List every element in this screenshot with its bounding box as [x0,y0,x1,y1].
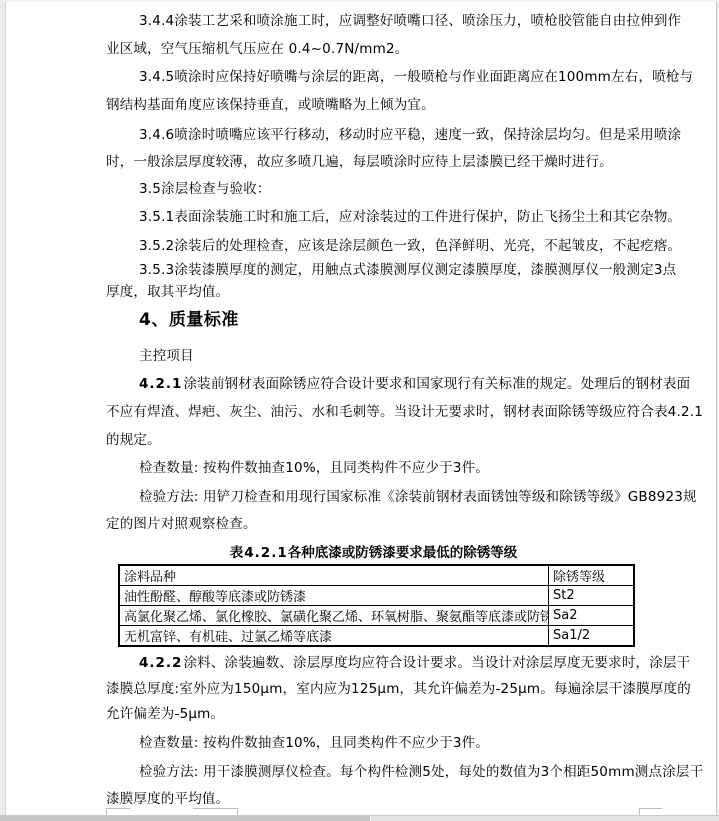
page-left-gutter [0,0,6,815]
table-header-row: 涂料品种 除锈等级 [119,565,634,586]
paragraph-line: 不应有焊渣、焊疤、灰尘、油污、水和毛刺等。当设计无要求时，钢材表面除锈等级应符合… [106,403,703,422]
section-heading: 4、质量标准 [139,305,239,330]
paragraph-line: 允许偏差为-5μm。 [106,705,224,724]
paragraph-line: 3.4.6喷涂时喷嘴应该平行移动，移动时应平稳，速度一致，保持涂层均匀。但是采用… [139,126,681,145]
table-header-cell: 除锈等级 [549,565,635,586]
table-header-cell: 涂料品种 [119,565,549,586]
paragraph-line: 主控项目 [139,347,194,366]
text-boundary-mark [639,808,662,815]
rust-grade-table: 涂料品种 除锈等级 油性酚醛、醇酸等底漆或防锈漆 St2 高氯化聚乙烯、氯化橡胶… [118,564,635,647]
text-boundary-mark [193,808,238,815]
paragraph-line: 3.5.3涂装漆膜厚度的测定，用触点式漆膜测厚仪测定漆膜厚度，漆膜测厚仪一般测定… [139,261,676,280]
table-row: 油性酚醛、醇酸等底漆或防锈漆 St2 [119,586,634,606]
paragraph-line: 漆膜厚度的平均值。 [106,790,229,809]
table-number: 表4.2.1 [230,545,288,561]
clause-number: 4.2.2 [139,655,182,671]
page-top-gutter [0,0,719,2]
paragraph-line: 3.5涂层检查与验收： [139,180,271,199]
paragraph-line: 检查数量: 按构件数抽查10%，且同类构件不应少于3件。 [139,459,489,478]
paragraph-line: 厚度，取其平均值。 [106,283,229,302]
table-cell: Sa1/2 [549,626,635,647]
horizontal-scrollbar-track[interactable] [0,816,719,821]
table-row: 高氯化聚乙烯、氯化橡胶、氯磺化聚乙烯、环氧树脂、聚氨酯等底漆或防锈漆 Sa2 [119,606,634,626]
paragraph-line: 钢结构基面角度应该保持垂直，或喷嘴略为上倾为宜。 [106,96,435,115]
paragraph-line: 3.5.2涂装后的处理检查，应该是涂层颜色一致，色泽鲜明、光亮，不起皱皮，不起疙… [139,237,681,256]
paragraph-line: 3.5.1表面涂装施工时和施工后，应对涂装过的工件进行保护，防止飞扬尘土和其它杂… [139,208,681,227]
paragraph-line: 检查数量: 按构件数抽查10%，且同类构件不应少于3件。 [139,734,489,753]
table-cell: Sa2 [549,606,635,626]
table-cell: 无机富锌、有机硅、过氯乙烯等底漆 [119,626,549,647]
paragraph-line: 检验方法: 用铲刀检查和用现行国家标准《涂装前钢材表面锈蚀等级和除锈等级》GB8… [139,488,697,507]
paragraph-line: 的规定。 [106,431,161,450]
table-cell: 高氯化聚乙烯、氯化橡胶、氯磺化聚乙烯、环氧树脂、聚氨酯等底漆或防锈漆 [119,606,549,626]
paragraph-line: 3.4.4涂装工艺采和喷涂施工时，应调整好喷嘴口径、喷涂压力，喷枪胶管能自由拉伸… [139,12,681,31]
paragraph-line: 检验方法: 用干漆膜测厚仪检查。每个构件检测5处，每处的数值为3个相距50mm测… [139,763,703,782]
horizontal-scrollbar-thumb[interactable] [370,816,719,821]
paragraph-line: 业区域，空气压缩机气压应在 0.4~0.7N/mm2。 [106,40,408,59]
document-page: 3.4.4涂装工艺采和喷涂施工时，应调整好喷嘴口径、喷涂压力，喷枪胶管能自由拉伸… [6,2,717,815]
paragraph-line: 3.4.5喷涂时应保持好喷嘴与涂层的距离，一般喷枪与作业面距离应在100mm左右… [139,68,693,87]
text-boundary-mark [106,808,130,815]
paragraph-line: 时，一般涂层厚度较薄，故应多喷几遍，每层喷涂时应待上层漆膜已经干燥时进行。 [106,153,613,172]
table-row: 无机富锌、有机硅、过氯乙烯等底漆 Sa1/2 [119,626,634,647]
table-cell: St2 [549,586,635,606]
paragraph-line: 4.2.2涂料、涂装遍数、涂层厚度均应符合设计要求。当设计对涂层厚度无要求时，涂… [139,654,690,673]
paragraph-line: 漆膜总厚度:室外应为150μm，室内应为125μm，其允许偏差为-25μm。每遍… [106,680,691,699]
document-window: 3.4.4涂装工艺采和喷涂施工时，应调整好喷嘴口径、喷涂压力，喷枪胶管能自由拉伸… [0,0,719,821]
table-caption: 表4.2.1各种底漆或防锈漆要求最低的除锈等级 [106,541,641,561]
table-cell: 油性酚醛、醇酸等底漆或防锈漆 [119,586,549,606]
paragraph-line: 定的图片对照观察检查。 [106,515,257,534]
paragraph-line: 4.2.1涂装前钢材表面除锈应符合设计要求和国家现行有关标准的规定。处理后的钢材… [139,375,690,394]
clause-number: 4.2.1 [139,376,182,392]
